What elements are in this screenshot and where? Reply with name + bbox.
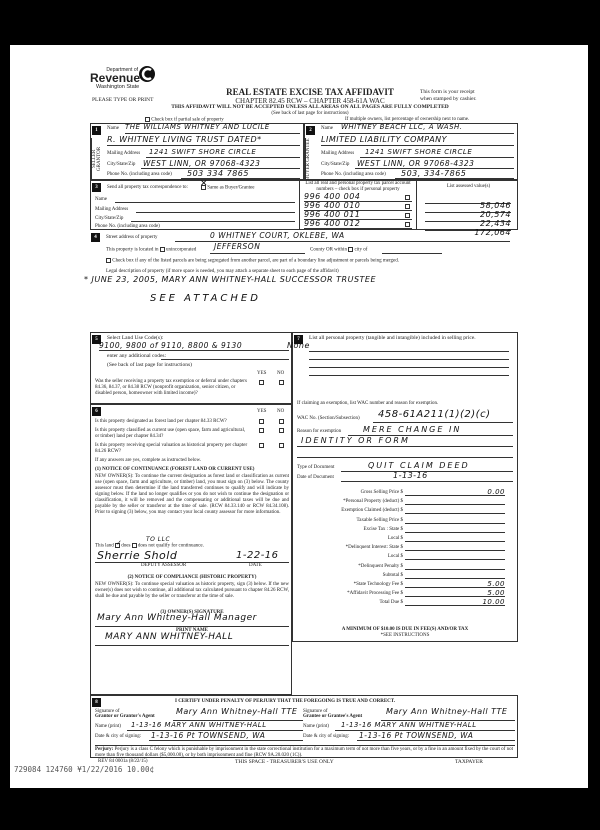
correspondence-section: 3 Send all property tax correspondence t… (90, 180, 518, 230)
partial-sale-checkbox[interactable] (145, 117, 150, 122)
tax-row: Taxable Selling Price $ (293, 516, 517, 525)
tax-value-field[interactable] (405, 525, 505, 533)
assessor-date[interactable]: 1-22-16 (236, 550, 279, 561)
seller-name-field[interactable]: THE WILLIAMS WHITNEY AND LUCILE (125, 123, 270, 131)
historic-question: Is this property receiving special valua… (95, 443, 250, 455)
buyer-section: 2 BUYER GRANTEE Name WHITNEY BEACH LLC, … (304, 123, 518, 180)
corr-phone-field[interactable] (166, 229, 295, 230)
tax-row: *State Technology Fee $5.00 (293, 580, 517, 589)
tax-row: Subtotal $ (293, 571, 517, 580)
treasurer-note: THIS SPACE - TREASURER'S USE ONLY (235, 759, 334, 766)
assessed-value-row: 22,434 (425, 213, 511, 222)
tax-row: *Affidavit Processing Fee $5.00 (293, 589, 517, 598)
land-use-codes-field[interactable]: 9100, 9800 of 9110, 8800 & 9130 (99, 341, 242, 350)
located-row: This property is located in unincorporat… (106, 247, 196, 254)
tax-row: *Delinquent Penalty $ (293, 562, 517, 571)
certify-statement: I CERTIFY UNDER PENALTY OF PERJURY THAT … (175, 699, 395, 705)
affidavit-page: Department of Revenue Washington State P… (10, 45, 588, 788)
parcel-row: 996 400 012 (304, 220, 412, 229)
grantee-signature[interactable]: Mary Ann Whitney-Hall TTE (386, 707, 507, 716)
exemption-no-checkbox[interactable] (279, 380, 284, 385)
segregate-row: Check box if any of the listed parcels a… (106, 258, 399, 265)
land-use-section: 5 Select Land Use Code(s): 9100, 9800 of… (90, 332, 292, 404)
property-section: 4 Street address of property 0 WHITNEY C… (90, 232, 518, 330)
assessed-value-row: 172,064 (425, 222, 511, 231)
receipt-note: This form is your receipt (420, 89, 475, 96)
treasurer-stamp: 729084 124760 ¥1/22/2016 10.00¢ (14, 765, 154, 774)
city-of-row: County OR within city of (310, 247, 367, 254)
corr-mailing-field[interactable] (136, 212, 295, 213)
tax-row: *Delinquent Interest: State $ (293, 543, 517, 552)
tax-value-field[interactable] (405, 552, 505, 560)
document-date-field[interactable]: 1-13-16 (393, 471, 428, 480)
parcels-column: List all real and personal property tax … (299, 180, 417, 230)
tax-value-field[interactable]: 5.00 (405, 580, 505, 588)
exemption-reason-field[interactable]: MERE CHANGE IN (363, 425, 461, 434)
tax-value-field[interactable] (405, 571, 505, 579)
tax-row: Total Due $10.00 (293, 598, 517, 607)
assessor-signature[interactable]: Sherrie Shold (97, 549, 177, 562)
does-qualify-checkbox[interactable]: ✓ (115, 543, 120, 548)
historic-no-checkbox[interactable] (279, 443, 284, 448)
seller-mailing-field[interactable]: 1241 SWIFT SHORE CIRCLE (149, 148, 256, 156)
buyer-phone-field[interactable]: 503, 334-7865 (401, 169, 466, 178)
historic-yes-checkbox[interactable] (259, 443, 264, 448)
forest-no-checkbox[interactable] (279, 419, 284, 424)
same-as-buyer-checkbox[interactable]: ✕ (201, 185, 206, 190)
parcel-number-field[interactable]: 996 400 004 (304, 192, 360, 201)
tax-value-field[interactable]: 5.00 (405, 589, 505, 597)
personal-property-checkbox[interactable] (405, 204, 410, 209)
buyer-name-field[interactable]: WHITNEY BEACH LLC, A WASH. (341, 123, 463, 131)
corr-city-field[interactable] (131, 221, 295, 222)
perjury-notice: Perjury: Perjury is a class C felony whi… (95, 745, 515, 759)
exemption-question: Was the seller receiving a property tax … (95, 379, 250, 397)
wac-number-field[interactable]: 458-61A211(1)(2)(c) (378, 409, 490, 420)
revenue-swirl-icon (138, 65, 156, 83)
tax-value-field[interactable] (405, 562, 505, 570)
county-field[interactable]: JEFFERSON (214, 242, 260, 251)
tax-value-field[interactable] (405, 534, 505, 542)
designation-section: 6 YES NO Is this property designated as … (90, 404, 292, 695)
tax-value-field[interactable] (405, 543, 505, 551)
tax-row: Local $ (293, 552, 517, 561)
street-address-field[interactable]: 0 WHITNEY COURT, OKLEBE, WA (210, 231, 345, 240)
personal-property-checkbox[interactable] (405, 195, 410, 200)
legal-description-field[interactable]: SEE ATTACHED (150, 293, 261, 304)
tax-row: *Personal Property (deduct) $ (293, 497, 517, 506)
assessed-value-row: 20,574 (425, 204, 511, 213)
buyer-city-field[interactable]: WEST LINN, OR 97068-4323 (357, 159, 474, 168)
owner-signature[interactable]: Mary Ann Whitney-Hall Manager (97, 613, 257, 623)
owner-print-name[interactable]: MARY ANN WHITNEY-HALL (105, 632, 233, 642)
tax-row: Gross Selling Price $0.00 (293, 488, 517, 497)
grantee-date-city-field[interactable]: 1-13-16 Pt TOWNSEND, WA (359, 731, 473, 740)
tax-value-field[interactable]: 0.00 (405, 488, 505, 496)
buyer-name-field-2[interactable]: LIMITED LIABILITY COMPANY (321, 135, 447, 144)
grantee-name-field[interactable]: 1-13-16 MARY ANN WHITNEY-HALL (341, 721, 477, 729)
form-title: REAL ESTATE EXCISE TAX AFFIDAVIT (200, 87, 420, 97)
notice-compliance-title: (2) NOTICE OF COMPLIANCE (HISTORIC PROPE… (95, 575, 289, 581)
parcel-number-field[interactable]: 996 400 012 (304, 219, 360, 228)
unincorporated-checkbox[interactable] (160, 247, 165, 252)
parcel-number-field[interactable]: 996 400 010 (304, 201, 360, 210)
additional-codes-field[interactable] (161, 359, 289, 360)
personal-property-checkbox[interactable] (405, 222, 410, 227)
completion-warning: THIS AFFIDAVIT WILL NOT BE ACCEPTED UNLE… (90, 104, 530, 110)
seller-city-field[interactable]: WEST LINN, OR 97068-4323 (143, 159, 260, 168)
forest-land-question: Is this property designated as forest la… (95, 419, 250, 425)
document-type-field[interactable]: QUIT CLAIM DEED (368, 461, 470, 470)
notice-continuance-title: (1) NOTICE OF CONTINUANCE (FOREST LAND O… (95, 467, 254, 473)
grantor-signature[interactable]: Mary Ann Whitney-Hall TTE (176, 707, 297, 716)
current-use-yes-checkbox[interactable] (259, 428, 264, 433)
exemption-reason-field-2[interactable]: IDENTITY OR FORM (301, 436, 410, 445)
personal-property-checkbox[interactable] (405, 213, 410, 218)
city-of-field[interactable] (382, 253, 442, 254)
tax-value-field[interactable] (405, 516, 505, 524)
notice-compliance-body: NEW OWNER(S): To continue special valuat… (95, 582, 289, 600)
exemption-yes-checkbox[interactable] (259, 380, 264, 385)
exemption-label: If claiming an exemption, list WAC numbe… (297, 401, 438, 407)
grantor-date-city-field[interactable]: 1-13-16 Pt TOWNSEND, WA (151, 731, 265, 740)
dor-logo: Department of Revenue Washington State (90, 67, 160, 90)
does-not-qualify-checkbox[interactable] (132, 543, 137, 548)
seller-section: 1 SELLER GRANTOR Name THE WILLIAMS WHITN… (90, 123, 304, 180)
tax-value-field[interactable] (405, 497, 505, 505)
seller-phone-field[interactable]: 503 334 7865 (187, 169, 249, 178)
notice-continuance-body: NEW OWNER(S): To continue the current de… (95, 474, 289, 516)
legal-note[interactable]: * JUNE 23, 2005, MARY ANN WHITNEY-HALL S… (84, 275, 376, 284)
corr-name-field[interactable] (115, 202, 295, 203)
tax-row: Local $ (293, 534, 517, 543)
tax-row: Excise Tax : State $ (293, 525, 517, 534)
current-use-question: Is this property classified as current u… (95, 428, 250, 440)
grantor-name-field[interactable]: 1-13-16 MARY ANN WHITNEY-HALL (131, 721, 267, 729)
tax-row: Exemption Claimed (deduct) $ (293, 506, 517, 515)
forest-yes-checkbox[interactable] (259, 419, 264, 424)
certify-section: 8 I CERTIFY UNDER PENALTY OF PERJURY THA… (90, 695, 518, 758)
tax-value-field[interactable] (405, 506, 505, 514)
assessed-value-row: 58,046 (425, 195, 511, 204)
segregate-checkbox[interactable] (106, 258, 111, 263)
current-use-no-checkbox[interactable] (279, 428, 284, 433)
same-as-buyer-row: ✕ Same as Buyer/Grantee (201, 185, 254, 192)
city-of-checkbox[interactable] (348, 247, 353, 252)
parcel-number-field[interactable]: 996 400 011 (304, 210, 360, 219)
please-type-note: PLEASE TYPE OR PRINT (92, 97, 153, 104)
taxpayer-label: TAXPAYER (455, 759, 483, 766)
personal-property-field[interactable]: None (287, 341, 310, 350)
tax-value-field[interactable]: 10.00 (405, 598, 505, 606)
personal-property-section: 7 List all personal property (tangible a… (292, 332, 518, 642)
seller-name-field-2[interactable]: R. WHITNEY LIVING TRUST DATED* (107, 135, 262, 144)
receipt-note-2: when stamped by cashier. (420, 96, 477, 103)
buyer-mailing-field[interactable]: 1241 SWIFT SHORE CIRCLE (365, 148, 472, 156)
